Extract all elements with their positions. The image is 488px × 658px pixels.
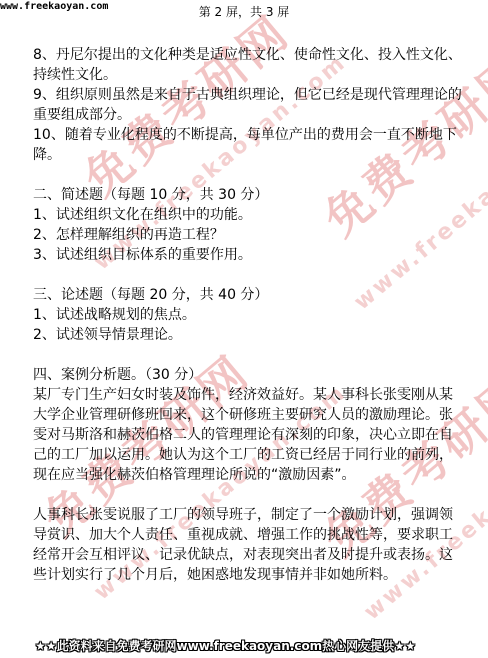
section-title-essay: 三、论述题（每题 20 分，共 40 分）: [33, 285, 463, 305]
case-paragraph-2: 人事科长张雯说服了工厂的领导班子，制定了一个激励计划，强调领导赏识、加大个人责任…: [33, 505, 463, 585]
footer-banner: ★★此资料来自免费考研网www.freekaoyan.com热心网友提供★★: [35, 637, 416, 654]
section-title-short-answer: 二、简述题（每题 10 分，共 30 分）: [33, 185, 463, 205]
case-paragraph-1: 某厂专门生产妇女时装及饰件，经济效益好。某人事科长张雯刚从某大学企业管理研修班回…: [33, 385, 463, 485]
essay-item-1: 1、试述战略规划的焦点。: [33, 305, 463, 325]
judgement-item-10: 10、随着专业化程度的不断提高，每单位产出的费用会一直不断地下降。: [33, 125, 463, 165]
page-indicator: 第 2 屏，共 3 屏: [0, 3, 488, 20]
short-answer-item-2: 2、怎样理解组织的再造工程？: [33, 225, 463, 245]
essay-item-2: 2、试述领导情景理论。: [33, 325, 463, 345]
judgement-item-9: 9、组织原则虽然是来自于古典组织理论，但它已经是现代管理理论的重要组成部分。: [33, 85, 463, 125]
judgement-item-8: 8、丹尼尔提出的文化种类是适应性文化、使命性文化、投入性文化、持续性文化。: [33, 45, 463, 85]
short-answer-item-3: 3、试述组织目标体系的重要作用。: [33, 245, 463, 265]
short-answer-item-1: 1、试述组织文化在组织中的功能。: [33, 205, 463, 225]
document-body: 8、丹尼尔提出的文化种类是适应性文化、使命性文化、投入性文化、持续性文化。 9、…: [33, 45, 463, 585]
section-title-case: 四、案例分析题。（30 分）: [33, 365, 463, 385]
